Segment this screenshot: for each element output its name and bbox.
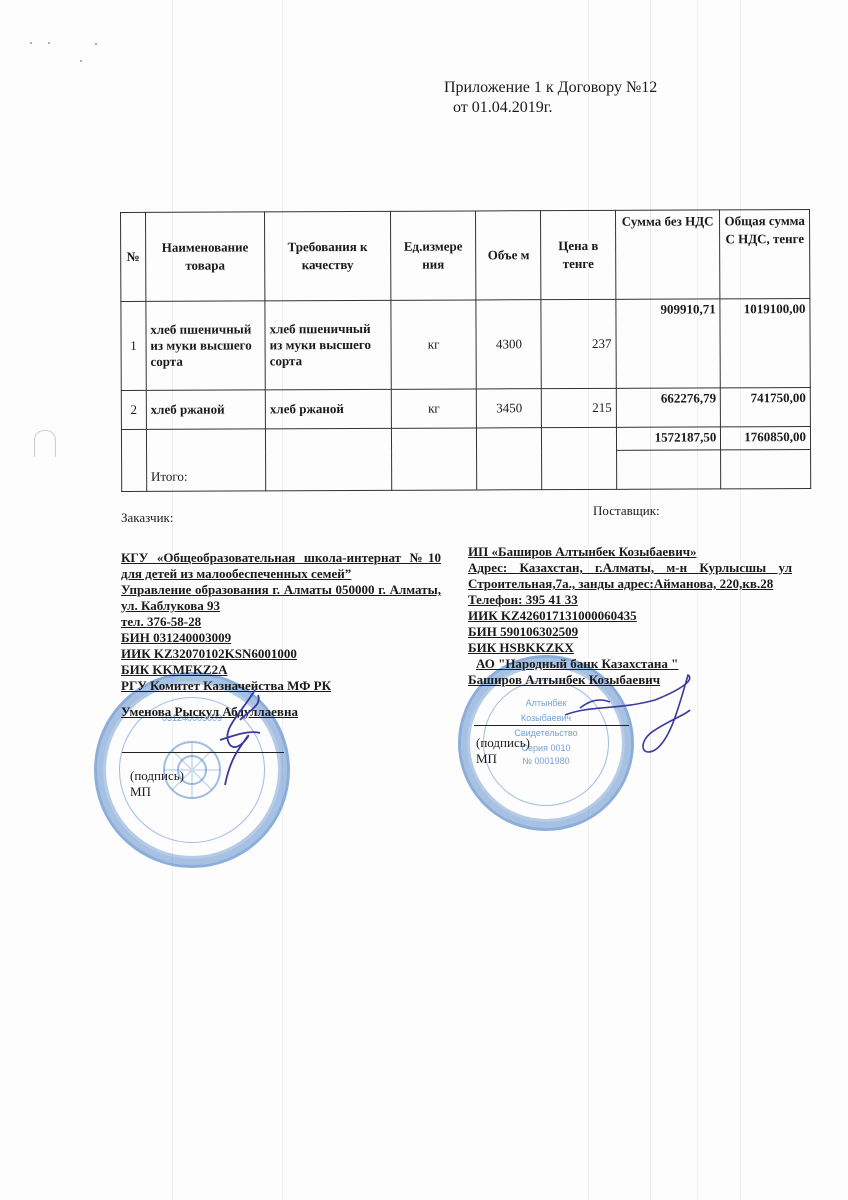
col-volume: Объе м — [476, 211, 541, 300]
supplier-phone: Телефон: 395 41 33 — [468, 592, 792, 608]
customer-address: Управление образования г. Алматы 050000 … — [121, 582, 441, 614]
customer-bin: БИН 031240003009 — [121, 630, 441, 646]
col-quality-requirements: Требования к качеству — [265, 211, 391, 301]
specification-table: № Наименование товара Требования к качес… — [120, 209, 811, 492]
supplier-signature-label: (подпись) — [476, 735, 530, 751]
scan-speck — [48, 42, 50, 44]
customer-iik: ИИК KZ32070102KSN6001000 — [121, 646, 441, 662]
sum-with-vat: 1019100,00 — [720, 298, 810, 387]
col-price: Цена в тенге — [541, 210, 616, 299]
product-name: хлеб пшеничный из муки высшего сорта — [146, 301, 266, 391]
total-sum-without-vat: 1572187,50 — [616, 427, 721, 450]
quality-requirement: хлеб ржаной — [265, 389, 391, 429]
customer-seal-label: МП — [130, 784, 151, 800]
sum-without-vat: 909910,71 — [616, 299, 721, 388]
customer-heading: Заказчик: — [121, 510, 173, 526]
price: 237 — [541, 299, 616, 388]
table-row: 2 хлеб ржаной хлеб ржаной кг 3450 215 66… — [121, 387, 810, 429]
total-label: Итого: — [146, 429, 266, 492]
col-product-name: Наименование товара — [145, 212, 265, 302]
total-sum-with-vat: 1760850,00 — [721, 426, 811, 449]
supplier-iik: ИИК KZ426017131000060435 — [468, 608, 792, 624]
col-unit: Ед.измере ния — [390, 211, 476, 300]
empty-cell — [477, 428, 542, 490]
punch-hole-mark — [34, 430, 56, 457]
col-number: № — [121, 212, 146, 301]
customer-phone: тел. 376-58-28 — [121, 614, 441, 630]
supplier-signature-scribble — [560, 670, 700, 760]
supplier-name: ИП «Баширов Алтынбек Козыбаевич» — [468, 544, 792, 560]
unit: кг — [391, 300, 477, 389]
scan-speck — [80, 60, 82, 62]
supplier-bik: БИК HSBKKZKX — [468, 640, 792, 656]
scan-speck — [95, 43, 97, 45]
empty-cell — [616, 450, 721, 489]
supplier-bin: БИН 590106302509 — [468, 624, 792, 640]
totals-row: Итого: 1572187,50 1760850,00 — [121, 426, 810, 452]
col-sum-without-vat: Сумма без НДС — [615, 210, 720, 299]
table-header-row: № Наименование товара Требования к качес… — [121, 209, 810, 301]
customer-bik: БИК KKMFKZ2A — [121, 662, 441, 678]
supplier-details: ИП «Баширов Алтынбек Козыбаевич» Адрес: … — [468, 544, 792, 688]
col-sum-with-vat: Общая сумма С НДС, тенге — [720, 209, 810, 298]
customer-name: КГУ «Общеобразовательная школа-интернат … — [121, 550, 441, 582]
empty-cell — [391, 428, 477, 490]
sum-with-vat: 741750,00 — [721, 387, 811, 426]
empty-cell — [721, 449, 811, 488]
sum-without-vat: 662276,79 — [616, 388, 721, 427]
scan-speck — [30, 42, 32, 44]
customer-details: КГУ «Общеобразовательная школа-интернат … — [121, 550, 441, 720]
customer-signatory: Уменова Рыскул Абдуллаевна — [121, 704, 441, 720]
supplier-address: Адрес: Казахстан, г.Алматы, м-н Курлысшы… — [468, 560, 792, 592]
customer-bank: РГУ Комитет Казначейства МФ РК — [121, 678, 441, 694]
row-number: 2 — [121, 390, 146, 429]
customer-signature-label: (подпись) — [130, 768, 184, 784]
volume: 4300 — [476, 300, 541, 389]
customer-signature-scribble — [200, 685, 280, 795]
appendix-date: от 01.04.2019г. — [444, 98, 657, 118]
empty-cell — [121, 429, 146, 491]
supplier-seal-label: МП — [476, 751, 497, 767]
supplier-heading: Поставщик: — [593, 503, 660, 519]
unit: кг — [391, 389, 477, 428]
quality-requirement: хлеб пшеничный из муки высшего сорта — [265, 300, 391, 390]
empty-cell — [542, 427, 617, 489]
appendix-title: Приложение 1 к Договору №12 — [444, 78, 657, 98]
appendix-header: Приложение 1 к Договору №12 от 01.04.201… — [444, 78, 657, 118]
product-name: хлеб ржаной — [146, 390, 265, 430]
empty-cell — [265, 428, 391, 491]
volume: 3450 — [477, 389, 542, 428]
table-row: 1 хлеб пшеничный из муки высшего сорта х… — [121, 298, 810, 390]
row-number: 1 — [121, 301, 146, 390]
price: 215 — [542, 388, 617, 427]
